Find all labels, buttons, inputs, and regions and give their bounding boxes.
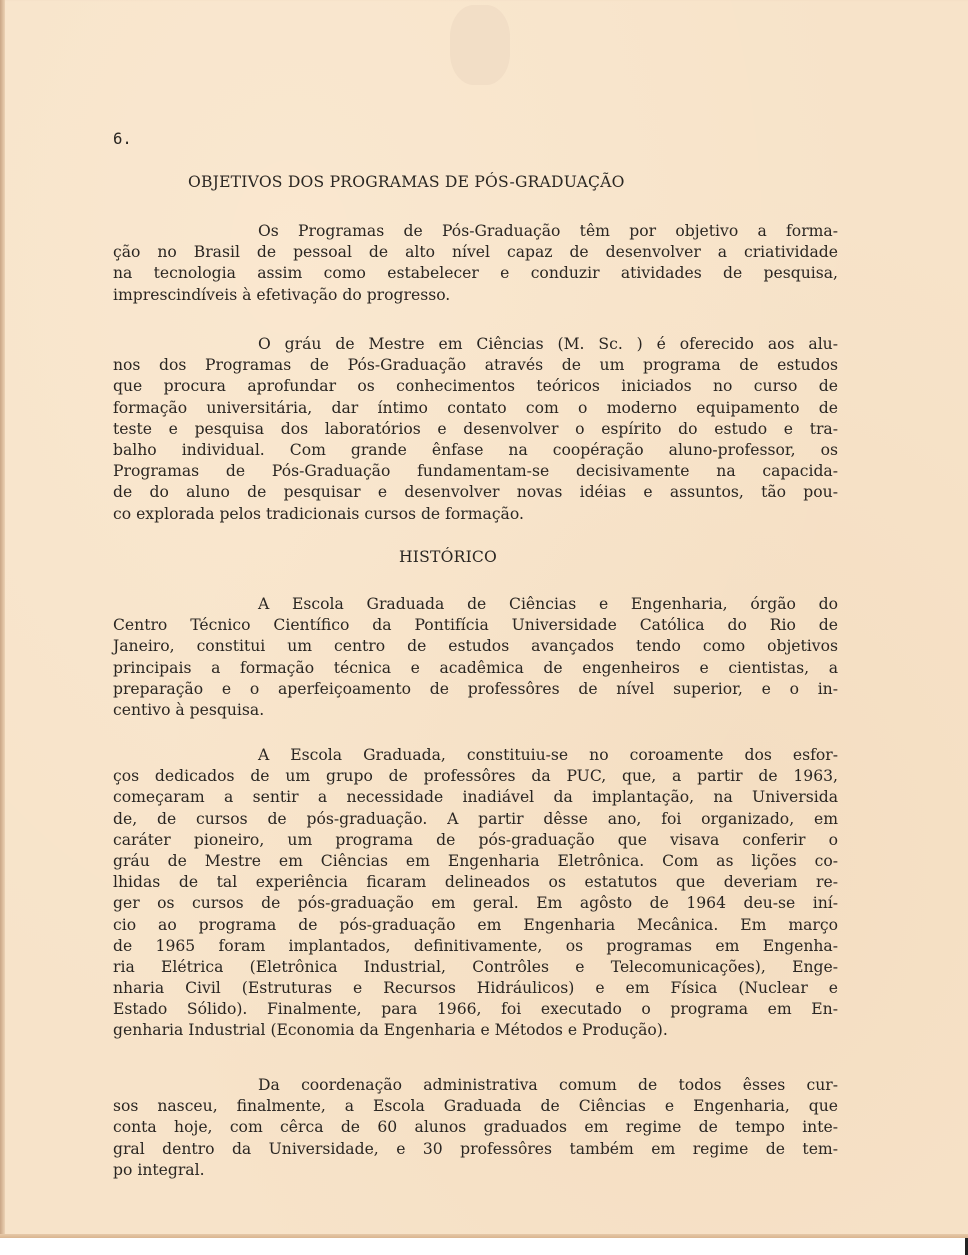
section-title-historico: HISTÓRICO <box>399 548 497 566</box>
page-left-edge <box>0 0 5 1238</box>
text-line: sos nasceu, finalmente, a Escola Graduad… <box>113 1096 838 1117</box>
text-line: começaram a sentir a necessidade inadiáv… <box>113 787 838 808</box>
text-line: principais a formação técnica e acadêmic… <box>113 658 838 679</box>
text-line: Janeiro, constitui um centro de estudos … <box>113 636 838 657</box>
text-line: lhidas de tal experiência ficaram deline… <box>113 872 838 893</box>
text-line: conta hoje, com cêrca de 60 alunos gradu… <box>113 1117 838 1138</box>
text-line: teste e pesquisa dos laboratórios e dese… <box>113 419 838 440</box>
text-line: de do aluno de pesquisar e desenvolver n… <box>113 482 838 503</box>
paragraph-historico-3: Da coordenação administrativa comum de t… <box>113 1075 838 1181</box>
text-line: A Escola Graduada, constituiu-se no coro… <box>113 745 838 766</box>
text-line: Estado Sólido). Finalmente, para 1966, f… <box>113 999 838 1020</box>
text-line: caráter pioneiro, um programa de pós-gra… <box>113 830 838 851</box>
scanned-page: 6. OBJETIVOS DOS PROGRAMAS DE PÓS-GRADUA… <box>0 0 968 1238</box>
text-line: centivo à pesquisa. <box>113 700 838 721</box>
text-line: na tecnologia assim como estabelecer e c… <box>113 263 838 284</box>
text-line: co explorada pelos tradicionais cursos d… <box>113 504 838 525</box>
text-line: que procura aprofundar os conhecimentos … <box>113 376 838 397</box>
text-line: O gráu de Mestre em Ciências (M. Sc. ) é… <box>113 334 838 355</box>
text-line: gráu de Mestre em Ciências em Engenharia… <box>113 851 838 872</box>
paragraph-historico-2: A Escola Graduada, constituiu-se no coro… <box>113 745 838 1042</box>
text-line: A Escola Graduada de Ciências e Engenhar… <box>113 594 838 615</box>
text-line: imprescindíveis à efetivação do progress… <box>113 285 838 306</box>
text-line: gral dentro da Universidade, e 30 profes… <box>113 1139 838 1160</box>
paragraph-objetivos-2: O gráu de Mestre em Ciências (M. Sc. ) é… <box>113 334 838 525</box>
text-line: genharia Industrial (Economia da Engenha… <box>113 1020 838 1041</box>
text-line: po integral. <box>113 1160 838 1181</box>
text-line: ger os cursos de pós-graduação em geral.… <box>113 893 838 914</box>
text-line: nos dos Programas de Pós-Graduação atrav… <box>113 355 838 376</box>
text-line: de 1965 foram implantados, definitivamen… <box>113 936 838 957</box>
text-line: de, de cursos de pós-graduação. A partir… <box>113 809 838 830</box>
paper-stain <box>450 5 510 85</box>
text-line: balho individual. Com grande ênfase na c… <box>113 440 838 461</box>
text-line: ria Elétrica (Eletrônica Industrial, Con… <box>113 957 838 978</box>
text-line: nharia Civil (Estruturas e Recursos Hidr… <box>113 978 838 999</box>
page-number: 6. <box>113 130 132 148</box>
text-line: preparação e o aperfeiçoamento de profes… <box>113 679 838 700</box>
text-line: Da coordenação administrativa comum de t… <box>113 1075 838 1096</box>
text-line: Programas de Pós-Graduação fundamentam-s… <box>113 461 838 482</box>
section-title-objetivos: OBJETIVOS DOS PROGRAMAS DE PÓS-GRADUAÇÃO <box>188 173 625 191</box>
text-line: ção no Brasil de pessoal de alto nível c… <box>113 242 838 263</box>
text-line: cio ao programa de pós-graduação em Enge… <box>113 915 838 936</box>
text-line: Os Programas de Pós-Graduação têm por ob… <box>113 221 838 242</box>
paragraph-historico-1: A Escola Graduada de Ciências e Engenhar… <box>113 594 838 721</box>
text-line: Centro Técnico Científico da Pontifícia … <box>113 615 838 636</box>
text-line: ços dedicados de um grupo de professôres… <box>113 766 838 787</box>
text-line: formação universitária, dar íntimo conta… <box>113 398 838 419</box>
paragraph-objetivos-1: Os Programas de Pós-Graduação têm por ob… <box>113 221 838 306</box>
page-bottom-edge <box>0 1234 968 1238</box>
